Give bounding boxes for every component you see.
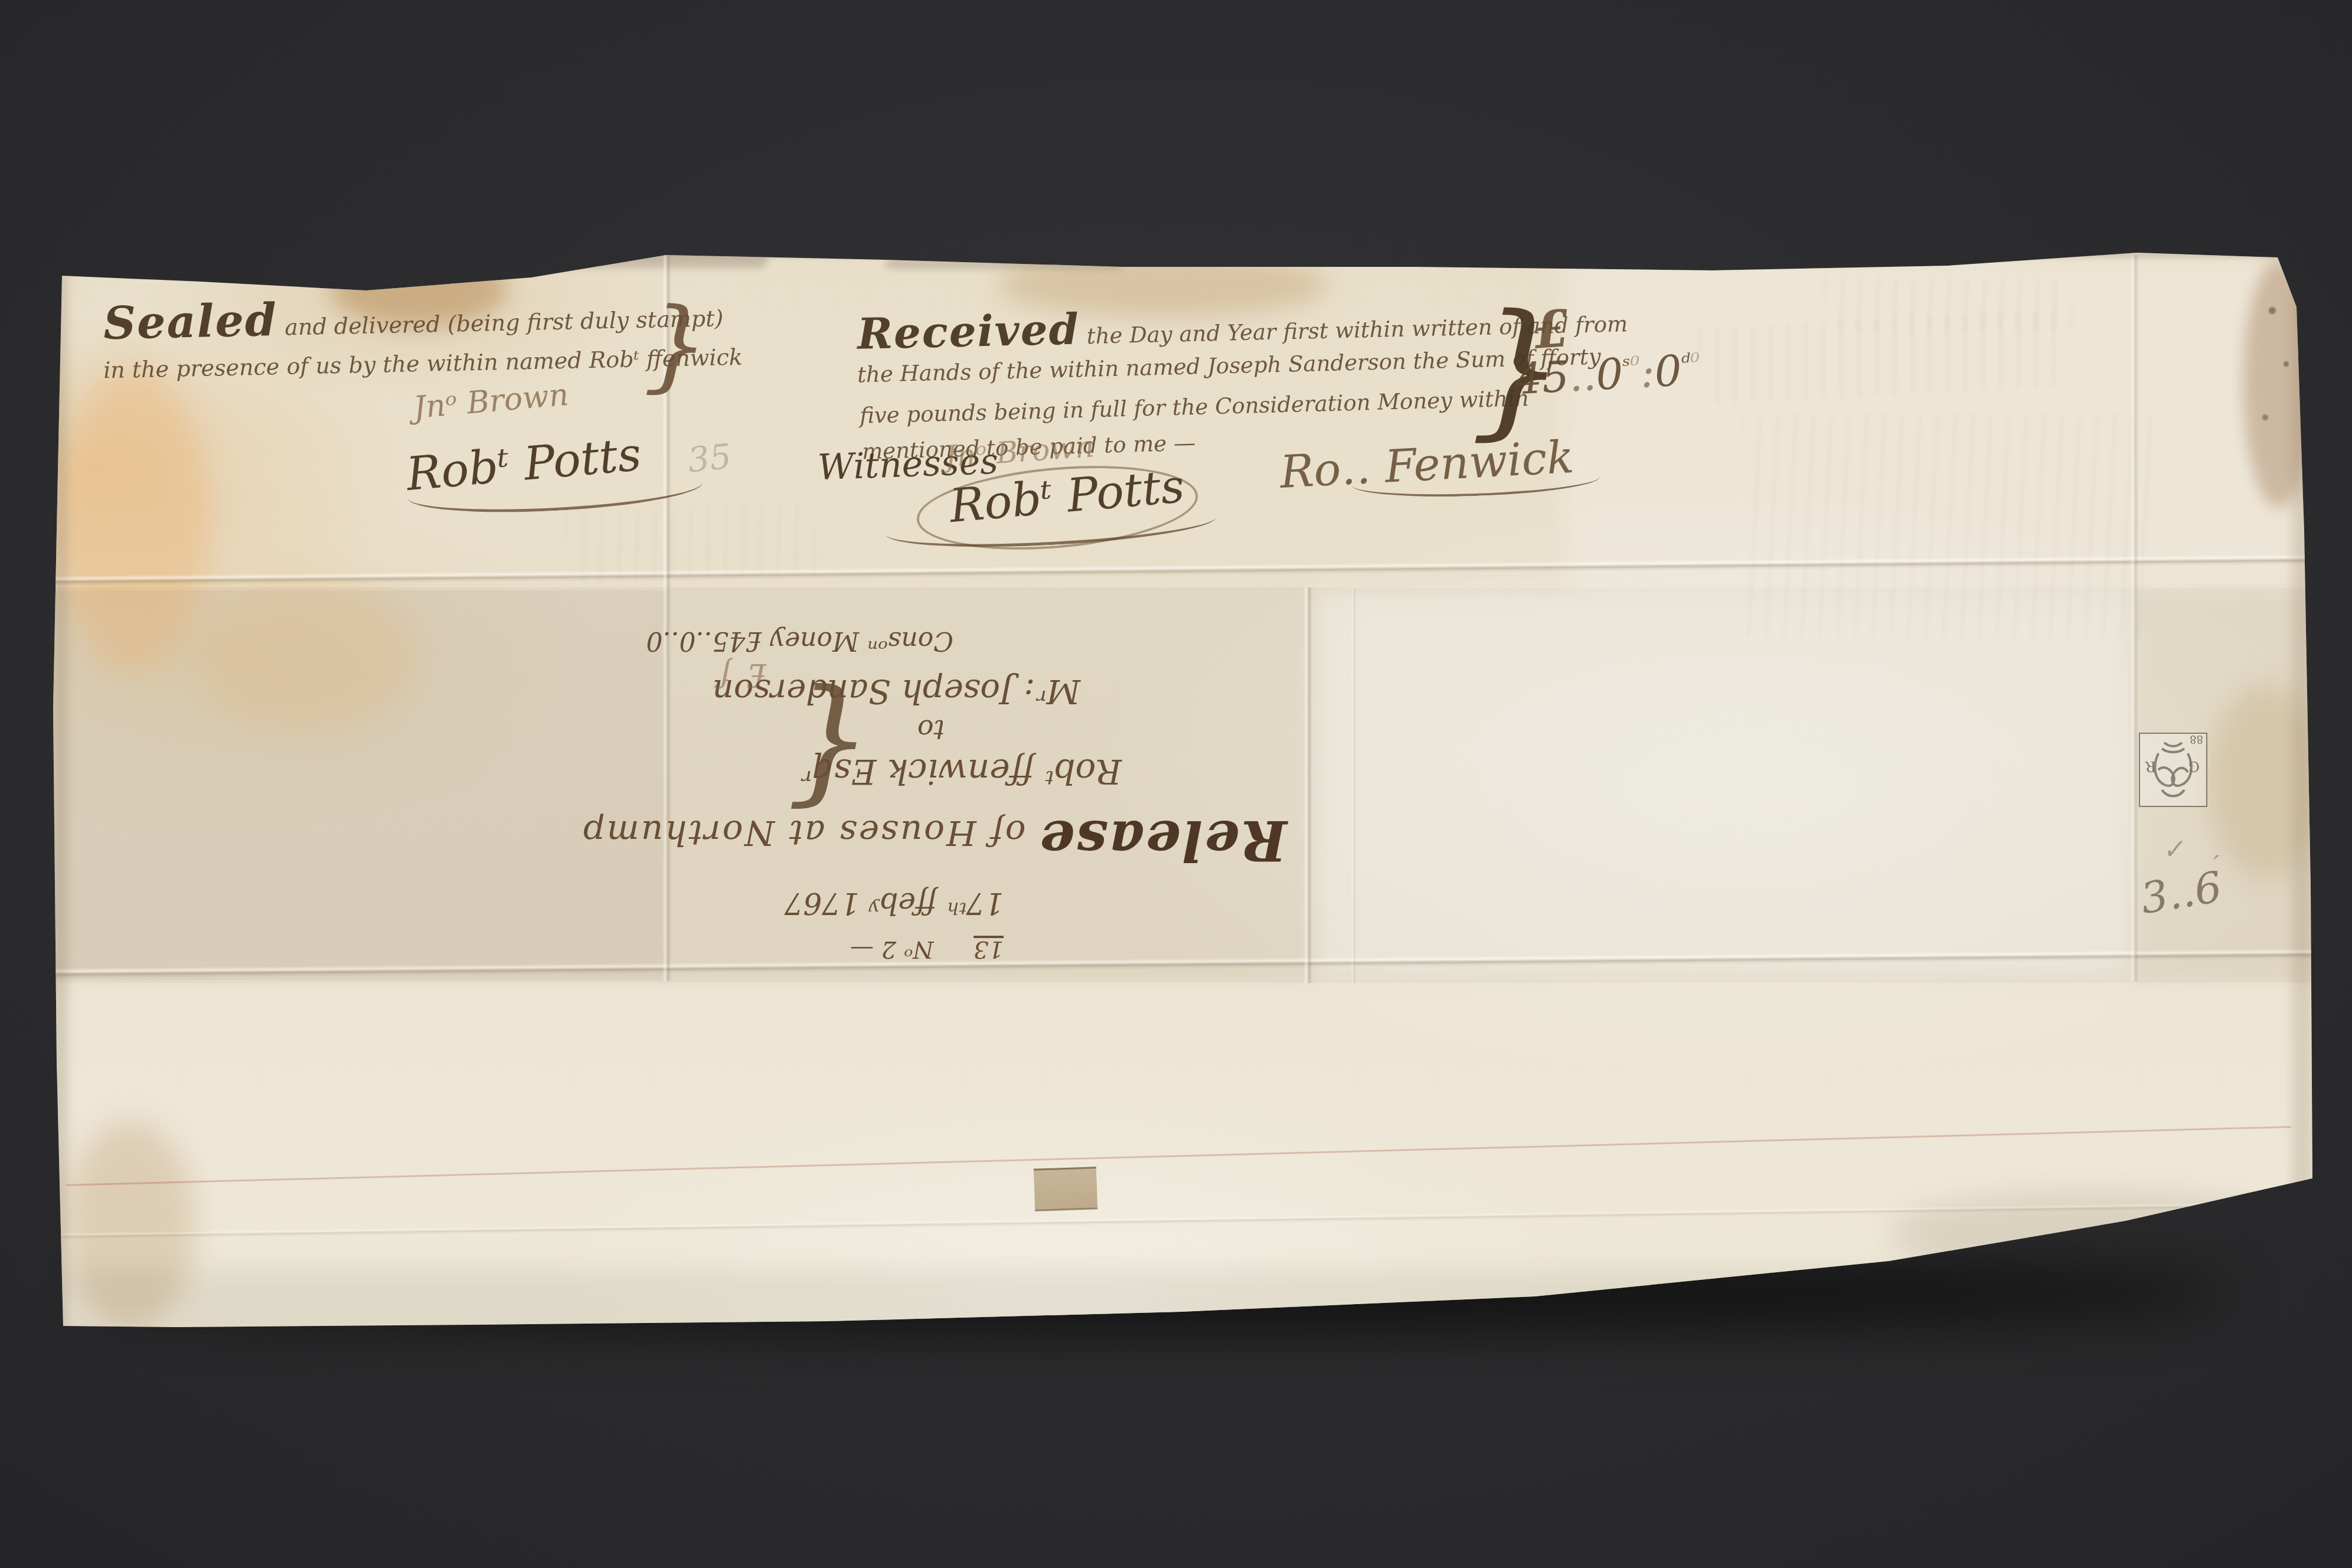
docket-filing-row: 13 Nᵒ 2 — xyxy=(520,930,1299,968)
stain-left-mid-streak xyxy=(195,579,419,732)
receipt-opening-word: Received xyxy=(857,303,1080,359)
ghost-bleedthrough-far-right xyxy=(1824,277,2072,331)
fold-panel-tint-middle-right xyxy=(1314,590,2134,977)
docket-party-to: Mʳ: Joseph Sanderson xyxy=(520,668,1299,713)
edge-shade-right xyxy=(2292,260,2312,1193)
receipt-sup-zero-2: ⁰ xyxy=(1690,348,1700,376)
receipt-line-3: five pounds being in full for the Consid… xyxy=(860,386,1529,429)
receipt-amount-shillings: 0 xyxy=(1595,349,1624,400)
ink-speck-3 xyxy=(2262,414,2268,420)
attestation-opening-word: Sealed xyxy=(103,293,278,349)
receipt-amount-sep1: .. xyxy=(1568,350,1598,401)
ink-speck-2 xyxy=(2284,361,2289,367)
docket-consideration: Consᵒⁿ Money £45..0..0 xyxy=(520,613,1299,668)
stain-right-edge-rust xyxy=(2243,260,2314,508)
docket-filing-number: 13 xyxy=(974,936,1004,963)
revenue-stamp-letter-right: R xyxy=(2145,758,2156,775)
stain-left-edge-streak xyxy=(56,366,210,673)
revenue-stamp: G R 88 xyxy=(2138,732,2208,808)
receipt-amount-pence: 0 xyxy=(1653,345,1683,396)
docket-date: 17ᵗʰ ffebʸ 1767 xyxy=(520,876,1299,930)
docket-title-word: Release xyxy=(1038,808,1287,873)
vertical-fold-crease-right xyxy=(2130,255,2139,981)
receipt-amount-pounds: 45 xyxy=(1514,351,1570,404)
docket-brace: { xyxy=(786,684,873,819)
attestation-witness-signature-1: Jnᵒ Brown xyxy=(412,377,570,426)
docket-block: 13 Nᵒ 2 — 17ᵗʰ ffebʸ 1767 Release of Hou… xyxy=(520,605,1299,968)
ghost-bleedthrough-right-block xyxy=(1742,413,2155,638)
top-edge-smudge-2 xyxy=(886,259,1122,269)
receipt-amount-line: 45..0ˢ⁰:0ᵈ⁰ xyxy=(1514,345,1701,404)
attestation-brace: } xyxy=(643,286,711,405)
repair-patch xyxy=(1034,1167,1097,1211)
pencil-note: 35 xyxy=(686,436,734,480)
vertical-fold-crease-center-2 xyxy=(1351,587,1357,983)
docket-party-from: Robᵗ ffenwick Esqʳ xyxy=(520,746,1299,797)
edge-shade-left xyxy=(52,254,67,1328)
docket-title-row: Release of Houses at Northump xyxy=(520,797,1299,876)
revenue-stamp-number: 88 xyxy=(2190,733,2203,745)
revenue-stamp-letter-left: G xyxy=(2188,758,2200,775)
vertical-fold-crease-center xyxy=(1304,587,1313,983)
edge-shade-top xyxy=(52,251,2289,257)
docket-connector: to xyxy=(520,713,1299,746)
attestation-line-1: Sealed and delivered (being first duly s… xyxy=(103,284,724,349)
ink-speck-1 xyxy=(2269,307,2276,314)
docket-item-number: Nᵒ 2 — xyxy=(850,936,933,963)
photo-stage: Sealed and delivered (being first duly s… xyxy=(0,0,2352,1568)
docket-currency-flourish: £ſ xyxy=(704,656,766,694)
